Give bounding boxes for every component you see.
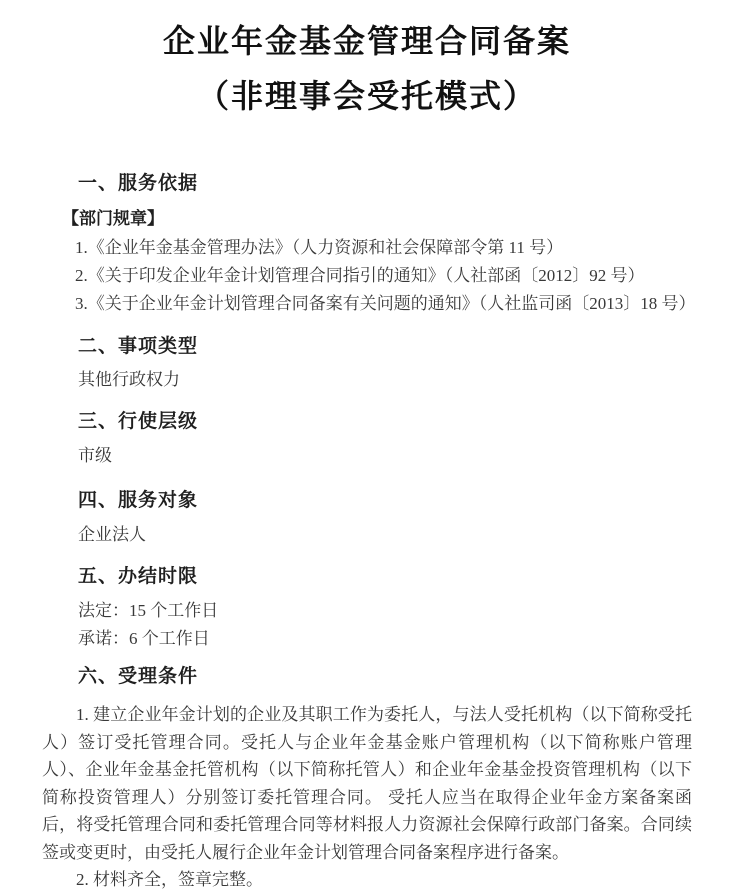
document-page: 企业年金基金管理合同备案 （非理事会受托模式） 一、服务依据 【部门规章】 1.… bbox=[0, 0, 734, 894]
acceptance-condition-paragraph-1: 1. 建立企业年金计划的企业及其职工作为委托人，与法人受托机构（以下简称受托人）… bbox=[42, 701, 692, 866]
section-heading-service-target: 四、服务对象 bbox=[78, 490, 692, 512]
statutory-time-limit: 法定：15 个工作日 bbox=[78, 597, 692, 625]
section-heading-acceptance-conditions: 六、受理条件 bbox=[78, 666, 692, 688]
promised-time-limit: 承诺：6 个工作日 bbox=[78, 625, 692, 653]
document-title-line2: （非理事会受托模式） bbox=[42, 69, 692, 124]
item-type-value: 其他行政权力 bbox=[78, 371, 692, 388]
document-title-line1: 企业年金基金管理合同备案 bbox=[42, 14, 692, 69]
regulation-item-2: 2.《关于印发企业年金计划管理合同指引的通知》（人社部函〔2012〕92 号） bbox=[75, 262, 692, 290]
service-target-value: 企业法人 bbox=[78, 526, 692, 543]
exercise-level-value: 市级 bbox=[78, 447, 692, 464]
regulation-item-3: 3.《关于企业年金计划管理合同备案有关问题的通知》（人社监司函〔2013〕18 … bbox=[75, 290, 692, 318]
section-heading-exercise-level: 三、行使层级 bbox=[78, 411, 692, 433]
section-heading-service-basis: 一、服务依据 bbox=[78, 173, 692, 195]
section-heading-time-limit: 五、办结时限 bbox=[78, 566, 692, 588]
acceptance-condition-paragraph-2: 2. 材料齐全，签章完整。 bbox=[42, 866, 692, 894]
time-limit-block: 法定：15 个工作日 承诺：6 个工作日 bbox=[78, 597, 692, 653]
subheading-department-regulations: 【部门规章】 bbox=[62, 208, 692, 230]
regulation-list: 1.《企业年金基金管理办法》（人力资源和社会保障部令第 11 号） 2.《关于印… bbox=[75, 234, 692, 318]
document-title: 企业年金基金管理合同备案 （非理事会受托模式） bbox=[42, 14, 692, 124]
section-heading-item-type: 二、事项类型 bbox=[78, 336, 692, 358]
regulation-item-1: 1.《企业年金基金管理办法》（人力资源和社会保障部令第 11 号） bbox=[75, 234, 692, 262]
